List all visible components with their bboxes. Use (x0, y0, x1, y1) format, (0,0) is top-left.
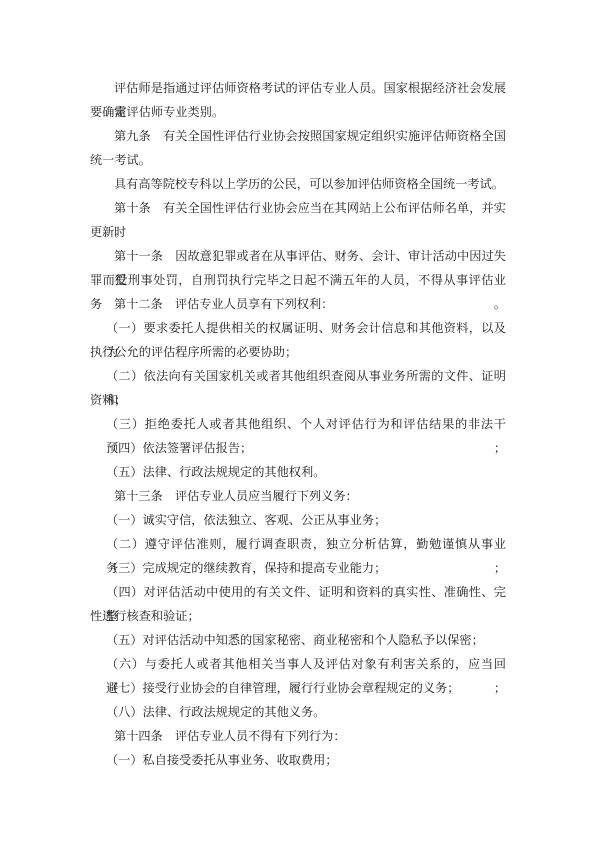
text-line: （一）私自接受委托从事业务、收取费用； (90, 748, 506, 772)
text-line: （五）对评估活动中知悉的国家秘密、商业秘密和个人隐私予以保密； (90, 628, 506, 652)
text-line: 罪而受刑事处罚，自刑罚执行完毕之日起不满五年的人员，不得从事评估业务。 (90, 268, 506, 292)
text-line: 评估师是指通过评估师资格考试的评估专业人员。国家根据经济社会发展需 (90, 76, 506, 100)
text-line: （六）与委托人或者其他相关当事人及评估对象有利害关系的，应当回避； (90, 652, 506, 676)
text-line: （八）法律、行政法规规定的其他义务。 (90, 700, 506, 724)
text-line: 第十条 有关全国性评估行业协会应当在其网站上公布评估师名单，并实时 (90, 196, 506, 220)
text-line: 第九条 有关全国性评估行业协会按照国家规定组织实施评估师资格全国 (90, 124, 506, 148)
text-line: 更新。 (90, 220, 506, 244)
text-line: （四）对评估活动中使用的有关文件、证明和资料的真实性、准确性、完整 (90, 580, 506, 604)
text-line: （二）依法向有关国家机关或者其他组织查阅从事业务所需的文件、证明和 (90, 364, 506, 388)
text-line: （二）遵守评估准则，履行调查职责，独立分析估算，勤勉谨慎从事业务； (90, 532, 506, 556)
text-line: （一）诚实守信，依法独立、客观、公正从事业务； (90, 508, 506, 532)
text-line: 性进行核查和验证； (90, 604, 506, 628)
text-line: 要确定评估师专业类别。 (90, 100, 506, 124)
text-line: 资料； (90, 388, 506, 412)
text-line: 第十一条 因故意犯罪或者在从事评估、财务、会计、审计活动中因过失犯 (90, 244, 506, 268)
text-line: 执行公允的评估程序所需的必要协助； (90, 340, 506, 364)
text-line: （三）拒绝委托人或者其他组织、个人对评估行为和评估结果的非法干预； (90, 412, 506, 436)
text-line: （七）接受行业协会的自律管理，履行行业协会章程规定的义务； (90, 676, 506, 700)
document-body: 评估师是指通过评估师资格考试的评估专业人员。国家根据经济社会发展需要确定评估师专… (90, 76, 506, 772)
text-line: 第十三条 评估专业人员应当履行下列义务： (90, 484, 506, 508)
text-line: 具有高等院校专科以上学历的公民，可以参加评估师资格全国统一考试。 (90, 172, 506, 196)
document-page: 评估师是指通过评估师资格考试的评估专业人员。国家根据经济社会发展需要确定评估师专… (90, 76, 506, 772)
text-line: （一）要求委托人提供相关的权属证明、财务会计信息和其他资料，以及为 (90, 316, 506, 340)
text-line: （五）法律、行政法规规定的其他权利。 (90, 460, 506, 484)
text-line: 统一考试。 (90, 148, 506, 172)
text-line: 第十四条 评估专业人员不得有下列行为： (90, 724, 506, 748)
